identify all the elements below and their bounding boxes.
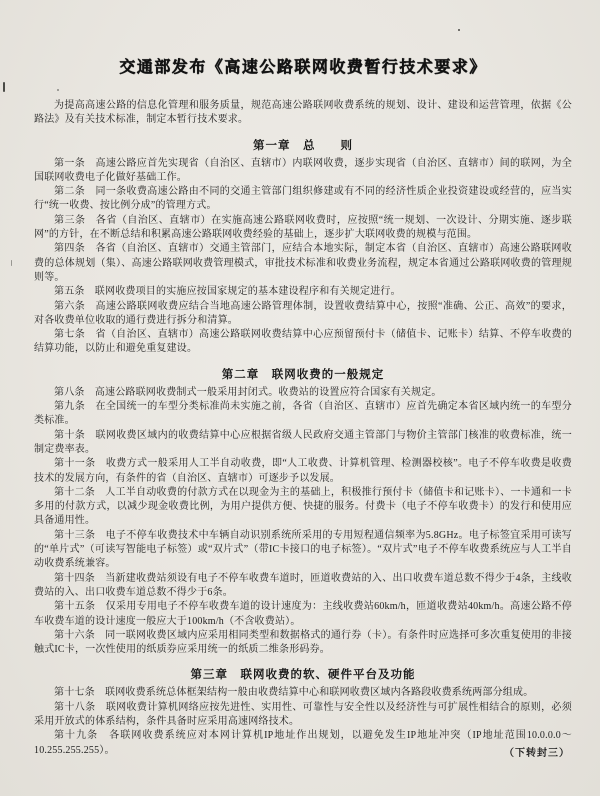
intro-paragraph: 为提高高速公路的信息化管理和服务质量，规范高速公路联网收费系统的规划、设计、建设… [34, 99, 572, 128]
scan-speck [458, 29, 460, 31]
article-18: 第十八条 联网收费计算机网络应按先进性、实用性、可靠性与安全性以及经济性与可扩展… [34, 701, 572, 730]
article-14: 第十四条 当新建收费站须设有电子不停车收费车道时，匝道收费站的入、出口收费车道总… [34, 572, 572, 601]
article-16: 第十六条 同一联网收费区域内应采用相同类型和数据格式的通行券（卡）。有条件时应选… [34, 629, 572, 658]
chapter-1-heading: 第一章 总 则 [34, 137, 572, 153]
scan-speck [3, 82, 5, 92]
scanned-document-page: 交通部发布《高速公路联网收费暂行技术要求》 为提高高速公路的信息化管理和服务质量… [0, 0, 600, 796]
article-1: 第一条 高速公路应首先实现省（自治区、直辖市）内联网收费，逐步实现省（自治区、直… [34, 157, 572, 186]
continuation-note: （下转封三） [504, 744, 570, 759]
article-17: 第十七条 联网收费系统总体框架结构一般由收费结算中心和联网收费区域内各路段收费系… [34, 686, 572, 700]
article-5: 第五条 联网收费项目的实施应按国家规定的基本建设程序和有关规定进行。 [34, 285, 572, 299]
article-2: 第二条 同一条收费高速公路由不同的交通主管部门组织修建或有不同的经济性质企业投资… [34, 185, 572, 214]
article-4: 第四条 各省（自治区、直辖市）交通主管部门，应结合本地实际，制定本省（自治区、直… [34, 242, 572, 285]
article-3: 第三条 各省（自治区、直辖市）在实施高速公路联网收费时，应按照“统一规划、一次设… [34, 214, 572, 243]
article-13: 第十三条 电子不停车收费技术中车辆自动识别系统所采用的专用短程通信频率为5.8G… [34, 529, 572, 572]
article-9: 第九条 在全国统一的车型分类标准尚未实施之前，各省（自治区、直辖市）应首先确定本… [34, 400, 572, 429]
article-7: 第七条 省（自治区、直辖市）高速公路联网收费结算中心应预留预付卡（储值卡、记账卡… [34, 328, 572, 357]
scan-speck [11, 260, 12, 266]
chapter-2-heading: 第二章 联网收费的一般规定 [34, 366, 572, 382]
article-15: 第十五条 仅采用专用电子不停车收费车道的设计速度为：主线收费站60km/h，匝道… [34, 600, 572, 629]
article-19: 第十九条 各联网收费系统应对本网计算机IP地址作出规划，以避免发生IP地址冲突（… [34, 729, 572, 758]
article-12: 第十二条 人工半自动收费的付款方式在以现金为主的基础上，积极推行预付卡（储值卡和… [34, 486, 572, 529]
article-11: 第十一条 收费方式一般采用人工半自动收费，即“人工收费、计算机管理、检测器校核”… [34, 457, 572, 486]
article-10: 第十条 联网收费区域内的收费结算中心应根据省级人民政府交通主管部门与物价主管部门… [34, 429, 572, 458]
chapter-3-heading: 第三章 联网收费的软、硬件平台及功能 [34, 666, 572, 682]
article-8: 第八条 高速公路联网收费制式一般采用封闭式。收费站的设置应符合国家有关规定。 [34, 386, 572, 400]
article-6: 第六条 高速公路联网收费应结合当地高速公路管理体制，设置收费结算中心，按照“准确… [34, 300, 572, 329]
document-title: 交通部发布《高速公路联网收费暂行技术要求》 [34, 54, 572, 77]
document-content: 交通部发布《高速公路联网收费暂行技术要求》 为提高高速公路的信息化管理和服务质量… [34, 54, 572, 758]
